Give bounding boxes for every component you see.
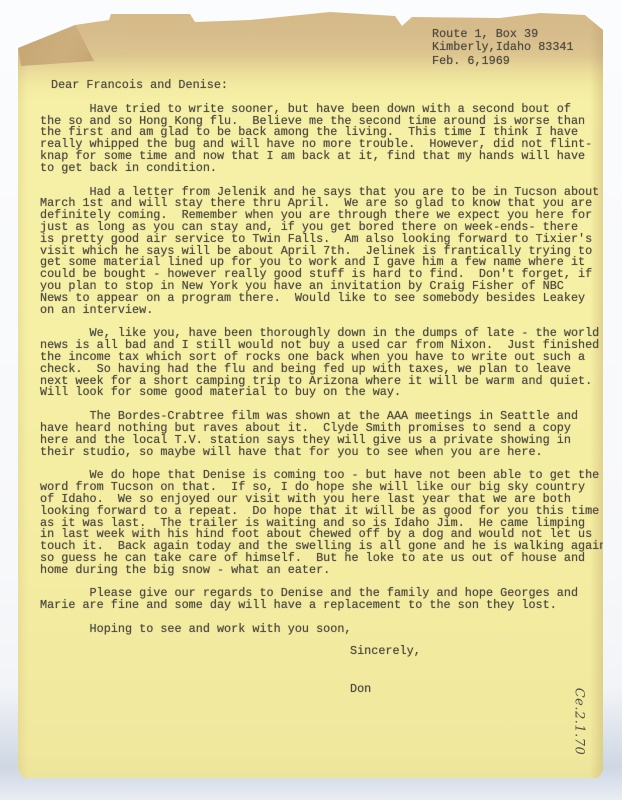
paragraph-5: We do hope that Denise is coming too - b… — [40, 470, 600, 576]
paragraph-1: Have tried to write sooner, but have bee… — [40, 104, 600, 175]
folded-corner — [18, 12, 108, 70]
signature: Don — [350, 682, 371, 696]
paragraph-3: We, like you, have been thoroughly down … — [40, 328, 600, 399]
paragraph-4: The Bordes-Crabtree film was shown at th… — [40, 411, 600, 458]
letter-body: Dear Francois and Denise: Have tried to … — [40, 80, 600, 648]
paragraph-2: Had a letter from Jelenik and he says th… — [40, 187, 600, 317]
salutation: Dear Francois and Denise: — [40, 80, 600, 92]
letter-paper: Route 1, Box 39 Kimberly,Idaho 83341 Feb… — [18, 12, 603, 778]
archival-annotation: Ce.2.1.70 — [572, 682, 587, 762]
valediction: Sincerely, — [350, 644, 421, 658]
return-address: Route 1, Box 39 Kimberly,Idaho 83341 Feb… — [432, 28, 574, 68]
paragraph-7: Hoping to see and work with you soon, — [40, 624, 600, 636]
paragraph-6: Please give our regards to Denise and th… — [40, 588, 600, 612]
